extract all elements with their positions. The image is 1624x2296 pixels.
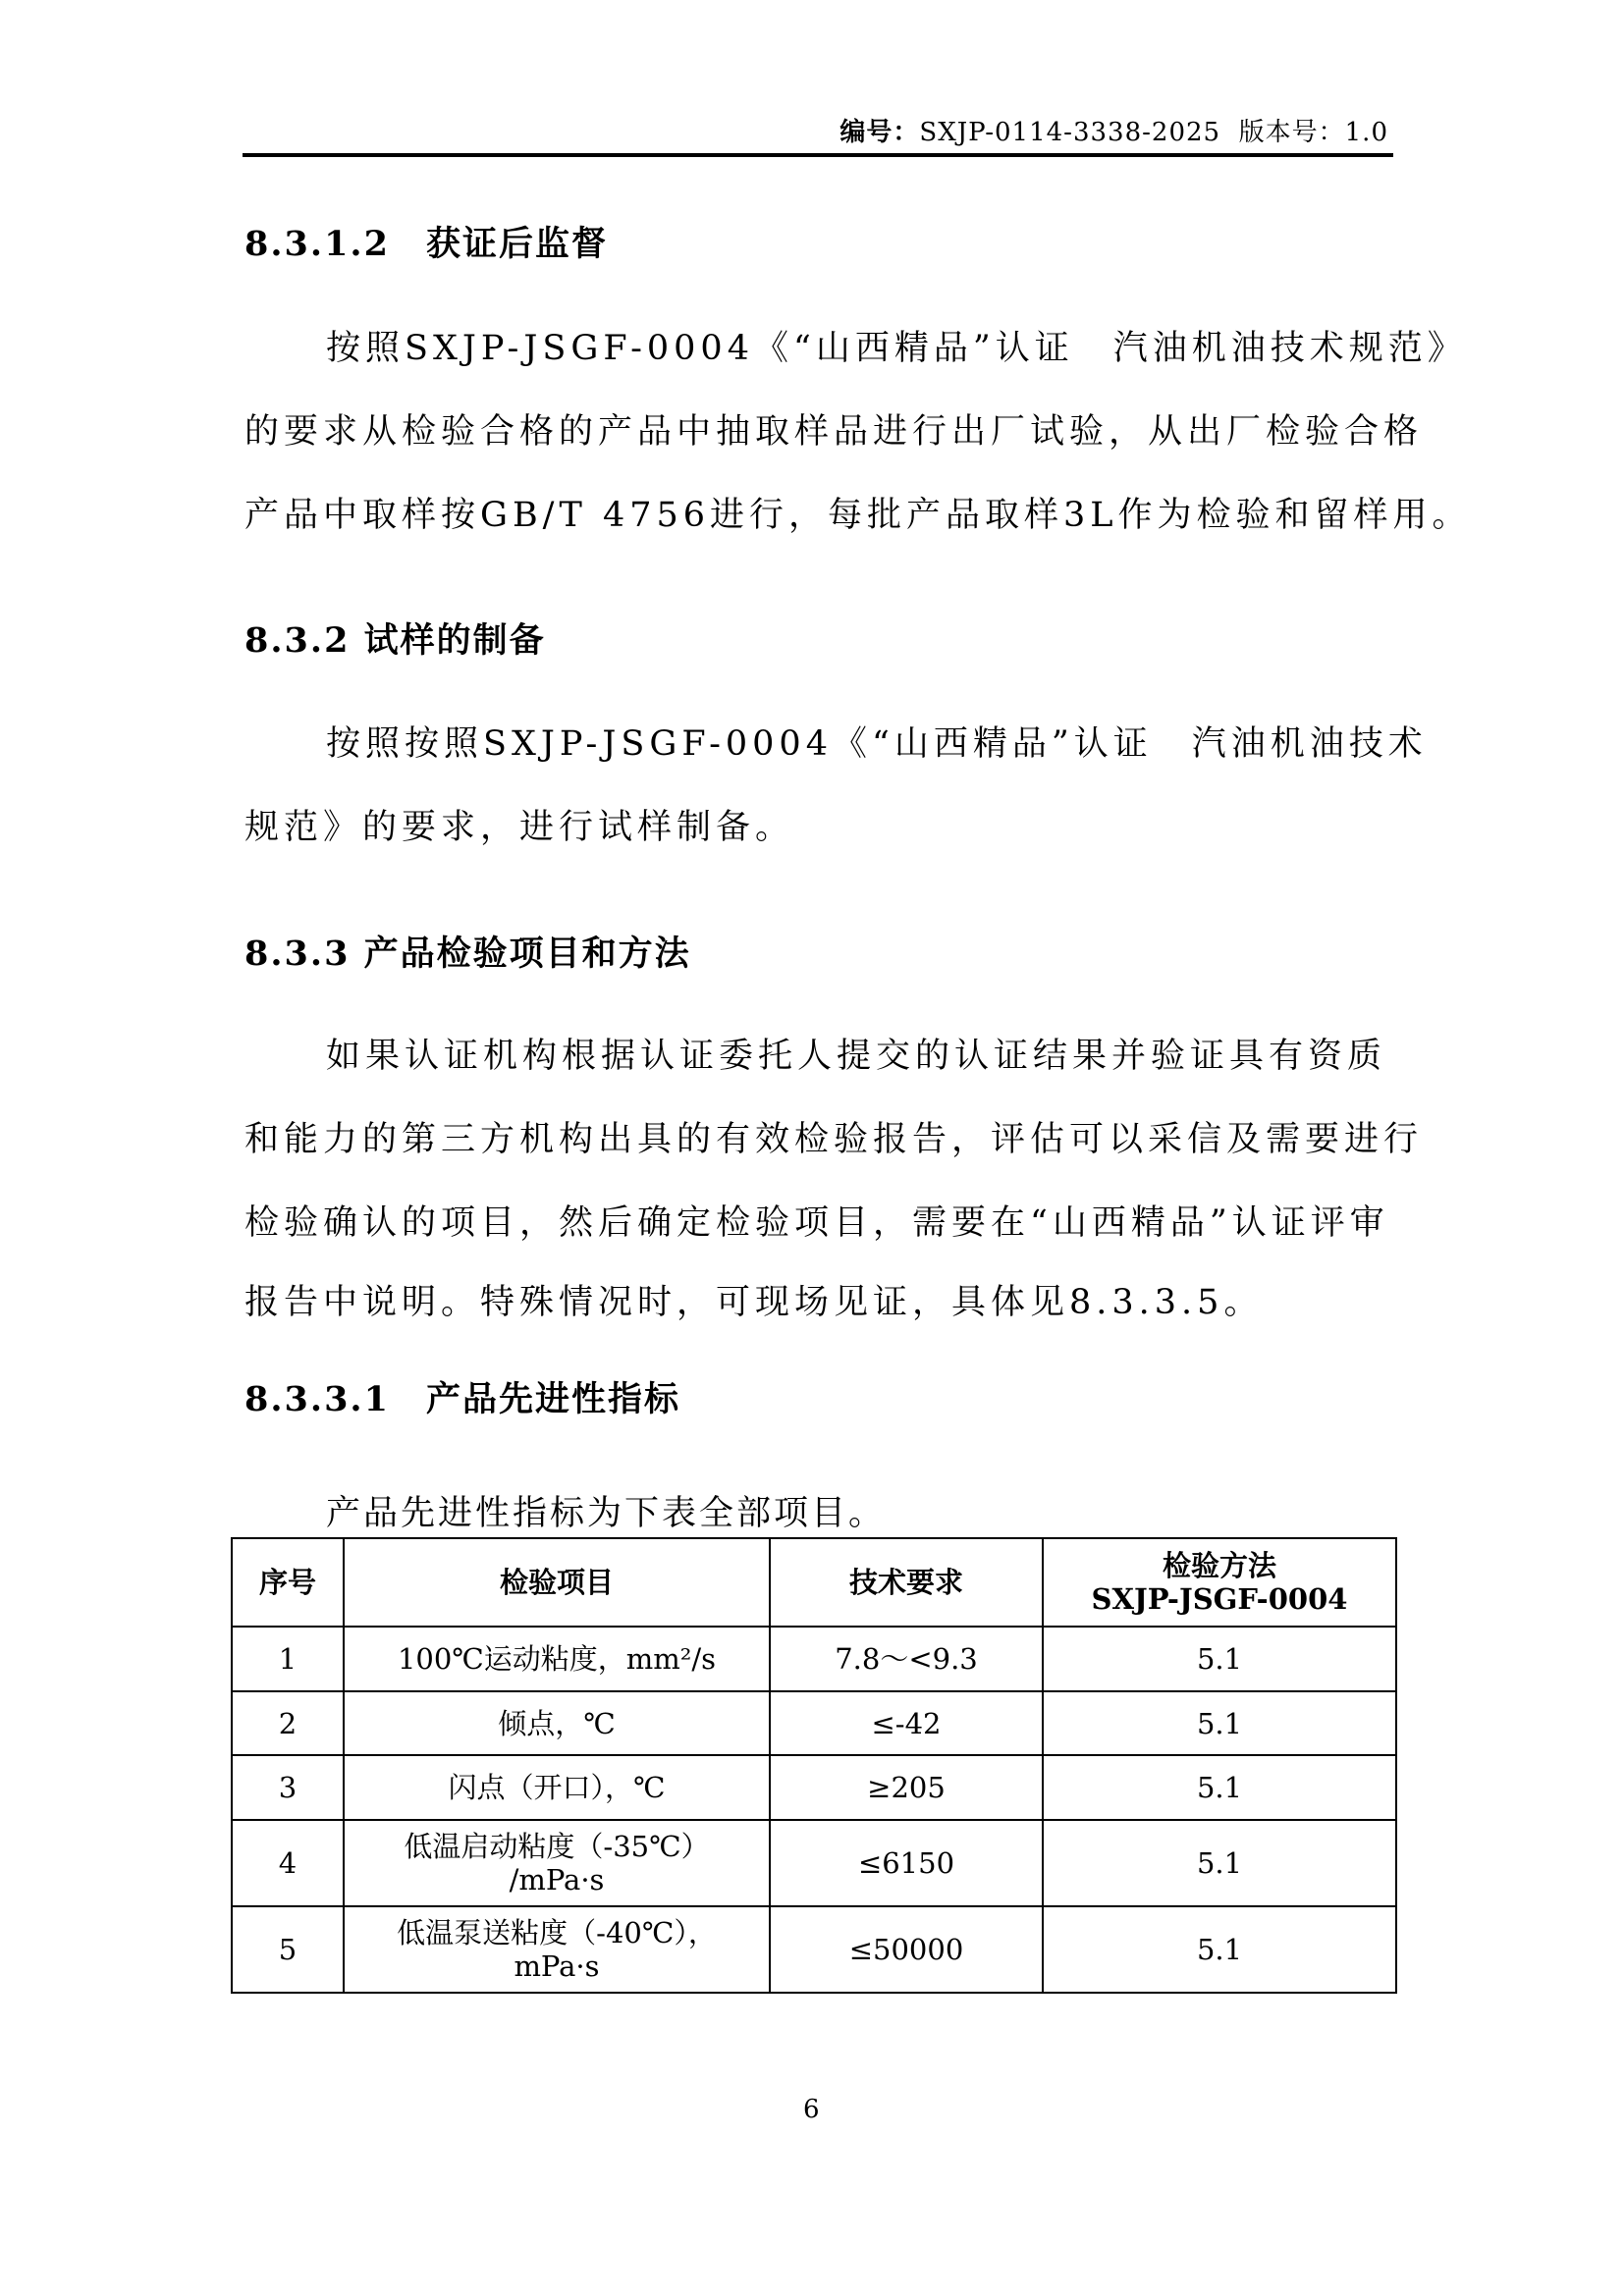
cell-method: 5.1 — [1043, 1906, 1396, 1993]
cell-item: 低温泵送粘度（-40℃）， mPa·s — [344, 1906, 770, 1993]
paragraph-line: 和能力的第三方机构出具的有效检验报告，评估可以采信及需要进行 — [244, 1118, 1395, 1161]
cell-no: 4 — [232, 1820, 344, 1906]
cell-requirement: ≤50000 — [770, 1906, 1043, 1993]
item-line: 100℃运动粘度，mm²/s — [351, 1642, 763, 1676]
col-header-item: 检验项目 — [344, 1538, 770, 1627]
document-page: 编号：SXJP-0114-3338-2025 版本号：1.0 8.3.1.2 获… — [0, 0, 1624, 2296]
page-number: 6 — [803, 2095, 820, 2124]
cell-item: 倾点，℃ — [344, 1691, 770, 1755]
table-header-row: 序号 检验项目 技术要求 检验方法 SXJP-JSGF-0004 — [232, 1538, 1396, 1627]
document-header: 编号：SXJP-0114-3338-2025 版本号：1.0 — [839, 116, 1388, 149]
col-header-no: 序号 — [232, 1538, 344, 1627]
item-line: 低温启动粘度（-35℃） — [351, 1830, 763, 1863]
paragraph-line: 按照按照SXJP-JSGF-0004《“山西精品”认证 汽油机油技术 — [326, 722, 1477, 766]
table-row: 2 倾点，℃ ≤-42 5.1 — [232, 1691, 1396, 1755]
cell-item: 低温启动粘度（-35℃） /mPa·s — [344, 1820, 770, 1906]
cell-no: 1 — [232, 1627, 344, 1691]
paragraph-line: 报告中说明。特殊情况时，可现场见证，具体见8.3.3.5。 — [244, 1281, 1395, 1324]
section-heading-8-3-3: 8.3.3 产品检验项目和方法 — [244, 933, 691, 976]
paragraph-line: 产品中取样按GB/T 4756进行，每批产品取样3L作为检验和留样用。 — [244, 494, 1395, 537]
item-unit-line: mPa·s — [351, 1949, 763, 1983]
item-line: 低温泵送粘度（-40℃）， — [351, 1916, 763, 1949]
method-standard: SXJP-JSGF-0004 — [1050, 1582, 1389, 1616]
cell-requirement: ≥205 — [770, 1755, 1043, 1820]
advanced-indicator-table: 序号 检验项目 技术要求 检验方法 SXJP-JSGF-0004 1 100℃运… — [231, 1537, 1397, 1994]
cell-no: 2 — [232, 1691, 344, 1755]
item-line: 闪点（开口），℃ — [351, 1771, 763, 1804]
item-line: 倾点，℃ — [351, 1707, 763, 1740]
cell-requirement: ≤-42 — [770, 1691, 1043, 1755]
cell-requirement: ≤6150 — [770, 1820, 1043, 1906]
cell-method: 5.1 — [1043, 1755, 1396, 1820]
paragraph-line: 按照SXJP-JSGF-0004《“山西精品”认证 汽油机油技术规范》 — [326, 327, 1477, 370]
col-header-requirement: 技术要求 — [770, 1538, 1043, 1627]
paragraph-line: 的要求从检验合格的产品中抽取样品进行出厂试验，从出厂检验合格 — [244, 410, 1395, 454]
cell-no: 5 — [232, 1906, 344, 1993]
paragraph-line: 如果认证机构根据认证委托人提交的认证结果并验证具有资质 — [326, 1035, 1477, 1078]
cell-method: 5.1 — [1043, 1691, 1396, 1755]
cell-requirement: 7.8～<9.3 — [770, 1627, 1043, 1691]
paragraph-line: 产品先进性指标为下表全部项目。 — [326, 1492, 1477, 1535]
doc-number-label: 编号： — [839, 118, 919, 147]
paragraph-line: 规范》的要求，进行试样制备。 — [244, 806, 1395, 849]
table-row: 4 低温启动粘度（-35℃） /mPa·s ≤6150 5.1 — [232, 1820, 1396, 1906]
cell-item: 100℃运动粘度，mm²/s — [344, 1627, 770, 1691]
cell-method: 5.1 — [1043, 1627, 1396, 1691]
table-row: 1 100℃运动粘度，mm²/s 7.8～<9.3 5.1 — [232, 1627, 1396, 1691]
table-row: 5 低温泵送粘度（-40℃）， mPa·s ≤50000 5.1 — [232, 1906, 1396, 1993]
section-heading-8-3-2: 8.3.2 试样的制备 — [244, 619, 546, 663]
version-number: 1.0 — [1345, 118, 1388, 147]
cell-item: 闪点（开口），℃ — [344, 1755, 770, 1820]
paragraph-line: 检验确认的项目，然后确定检验项目，需要在“山西精品”认证评审 — [244, 1201, 1395, 1245]
cell-method: 5.1 — [1043, 1820, 1396, 1906]
cell-no: 3 — [232, 1755, 344, 1820]
col-header-method: 检验方法 SXJP-JSGF-0004 — [1043, 1538, 1396, 1627]
item-unit-line: /mPa·s — [351, 1863, 763, 1896]
doc-number: SXJP-0114-3338-2025 — [919, 118, 1220, 147]
header-rule — [243, 153, 1393, 157]
table-row: 3 闪点（开口），℃ ≥205 5.1 — [232, 1755, 1396, 1820]
method-label: 检验方法 — [1050, 1549, 1389, 1582]
section-heading-8-3-3-1: 8.3.3.1 产品先进性指标 — [244, 1378, 680, 1421]
version-label: 版本号： — [1239, 118, 1345, 147]
section-heading-8-3-1-2: 8.3.1.2 获证后监督 — [244, 223, 608, 266]
